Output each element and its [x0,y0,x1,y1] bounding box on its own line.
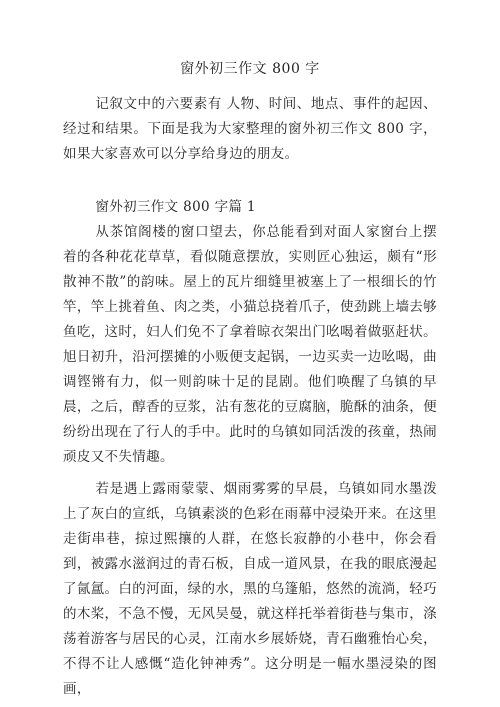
document-title: 窗外初三作文 800 字 [63,57,437,82]
document-page: 窗外初三作文 800 字 记叙文中的六要素有 人物、时间、地点、事件的起因、经过… [0,0,500,707]
section-heading: 窗外初三作文 800 字篇 1 [63,195,437,220]
body-paragraph-1: 从茶馆阁楼的窗口望去，你总能看到对面人家窗台上摆着的各种花花草草，看似随意摆放，… [63,220,437,470]
body-paragraph-2: 若是遇上露雨蒙蒙、烟雨雾雾的早晨，乌镇如同水墨泼上了灰白的宣纸，乌镇素淡的色彩在… [63,477,437,702]
intro-paragraph: 记叙文中的六要素有 人物、时间、地点、事件的起因、经过和结果。下面是我为大家整理… [63,92,437,167]
